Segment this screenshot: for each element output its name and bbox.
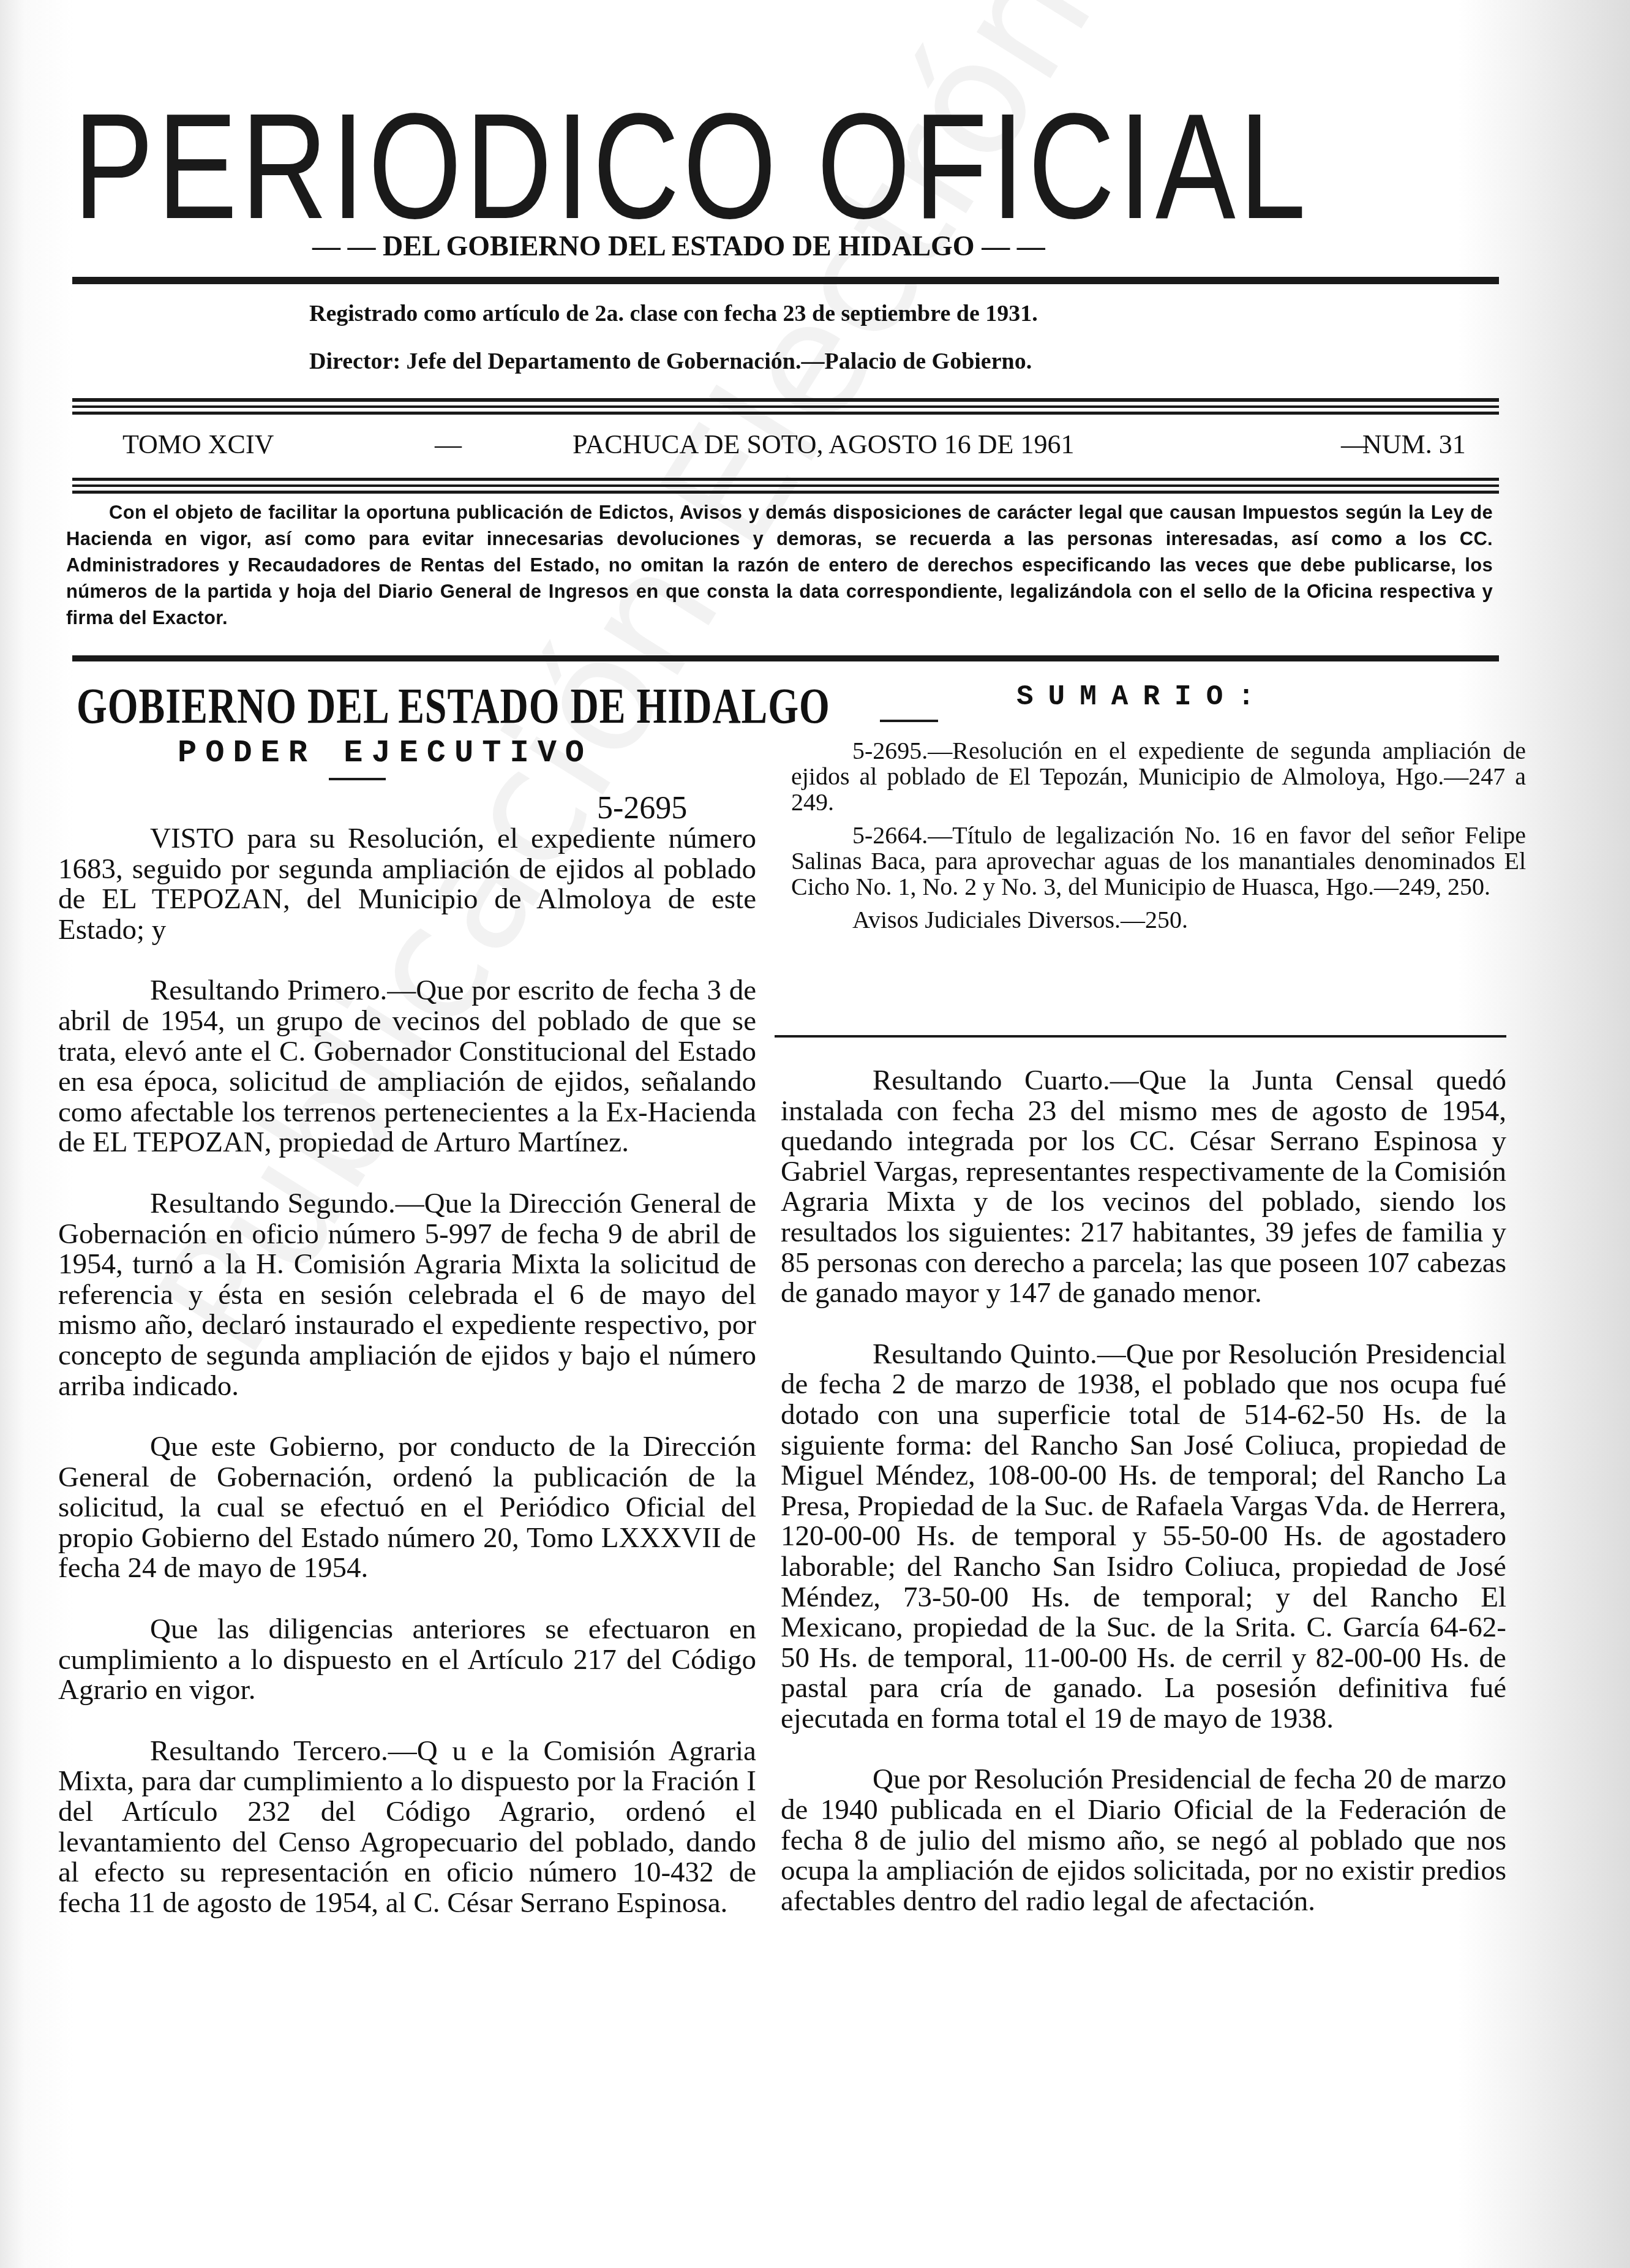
publication-notice: Con el objeto de facilitar la oportuna p… bbox=[66, 499, 1493, 631]
paragraph: Que este Gobierno, por conducto de la Di… bbox=[58, 1432, 756, 1584]
paragraph: Resultando Segundo.—Que la Dirección Gen… bbox=[58, 1189, 756, 1401]
summary-item: 5-2664.—Título de legalización No. 16 en… bbox=[791, 823, 1526, 900]
paragraph: Resultando Cuarto.—Que la Junta Censal q… bbox=[781, 1066, 1506, 1309]
divider-rule bbox=[72, 478, 1499, 481]
masthead-title: PERIODICO OFICIAL bbox=[73, 92, 1500, 242]
divider-rule bbox=[72, 412, 1499, 415]
right-column: Resultando Cuarto.—Que la Junta Censal q… bbox=[781, 1066, 1506, 1947]
summary-item: Avisos Judiciales Diversos.—250. bbox=[791, 907, 1526, 933]
masthead-subtitle: — — DEL GOBIERNO DEL ESTADO DE HIDALGO —… bbox=[312, 230, 1292, 262]
short-rule bbox=[329, 778, 386, 780]
divider-rule bbox=[72, 405, 1499, 408]
dateline: TOMO XCIV — PACHUCA DE SOTO, AGOSTO 16 D… bbox=[122, 429, 1506, 465]
divider-rule bbox=[72, 277, 1499, 284]
summary-item: 5-2695.—Resolución en el expediente de s… bbox=[791, 738, 1526, 815]
director-line: Director: Jefe del Departamento de Gober… bbox=[309, 348, 1032, 375]
registration-line: Registrado como artículo de 2a. clase co… bbox=[309, 300, 1038, 327]
document-number: 5-2695 bbox=[597, 790, 687, 826]
divider-rule bbox=[72, 491, 1499, 494]
short-rule bbox=[880, 720, 938, 722]
summary-list: 5-2695.—Resolución en el expediente de s… bbox=[791, 738, 1526, 940]
dateline-separator: — bbox=[435, 429, 462, 460]
divider-rule bbox=[72, 484, 1499, 487]
divider-rule bbox=[72, 655, 1499, 661]
paragraph: Que las diligencias anteriores se efectu… bbox=[58, 1614, 756, 1706]
volume-number: TOMO XCIV bbox=[122, 429, 274, 460]
paragraph: Resultando Tercero.—Q u e la Comisión Ag… bbox=[58, 1736, 756, 1919]
issue-number: NUM. 31 bbox=[1362, 429, 1466, 460]
divider-rule bbox=[72, 398, 1499, 402]
place-date: PACHUCA DE SOTO, AGOSTO 16 DE 1961 bbox=[573, 429, 1074, 460]
paragraph: VISTO para su Resolución, el expediente … bbox=[58, 824, 756, 945]
paragraph: Resultando Primero.—Que por escrito de f… bbox=[58, 976, 756, 1158]
summary-heading: SUMARIO: bbox=[1016, 681, 1269, 713]
newspaper-page: Publicación Electrónica PERIODICO OFICIA… bbox=[0, 0, 1630, 2268]
left-column: VISTO para su Resolución, el expediente … bbox=[58, 824, 756, 1949]
paragraph: Resultando Quinto.—Que por Resolución Pr… bbox=[781, 1339, 1506, 1735]
divider-rule bbox=[775, 1035, 1506, 1038]
section-heading: GOBIERNO DEL ESTADO DE HIDALGO bbox=[77, 677, 750, 736]
section-subheading: PODER EJECUTIVO bbox=[178, 735, 593, 771]
paragraph: Que por Resolución Presidencial de fecha… bbox=[781, 1765, 1506, 1916]
